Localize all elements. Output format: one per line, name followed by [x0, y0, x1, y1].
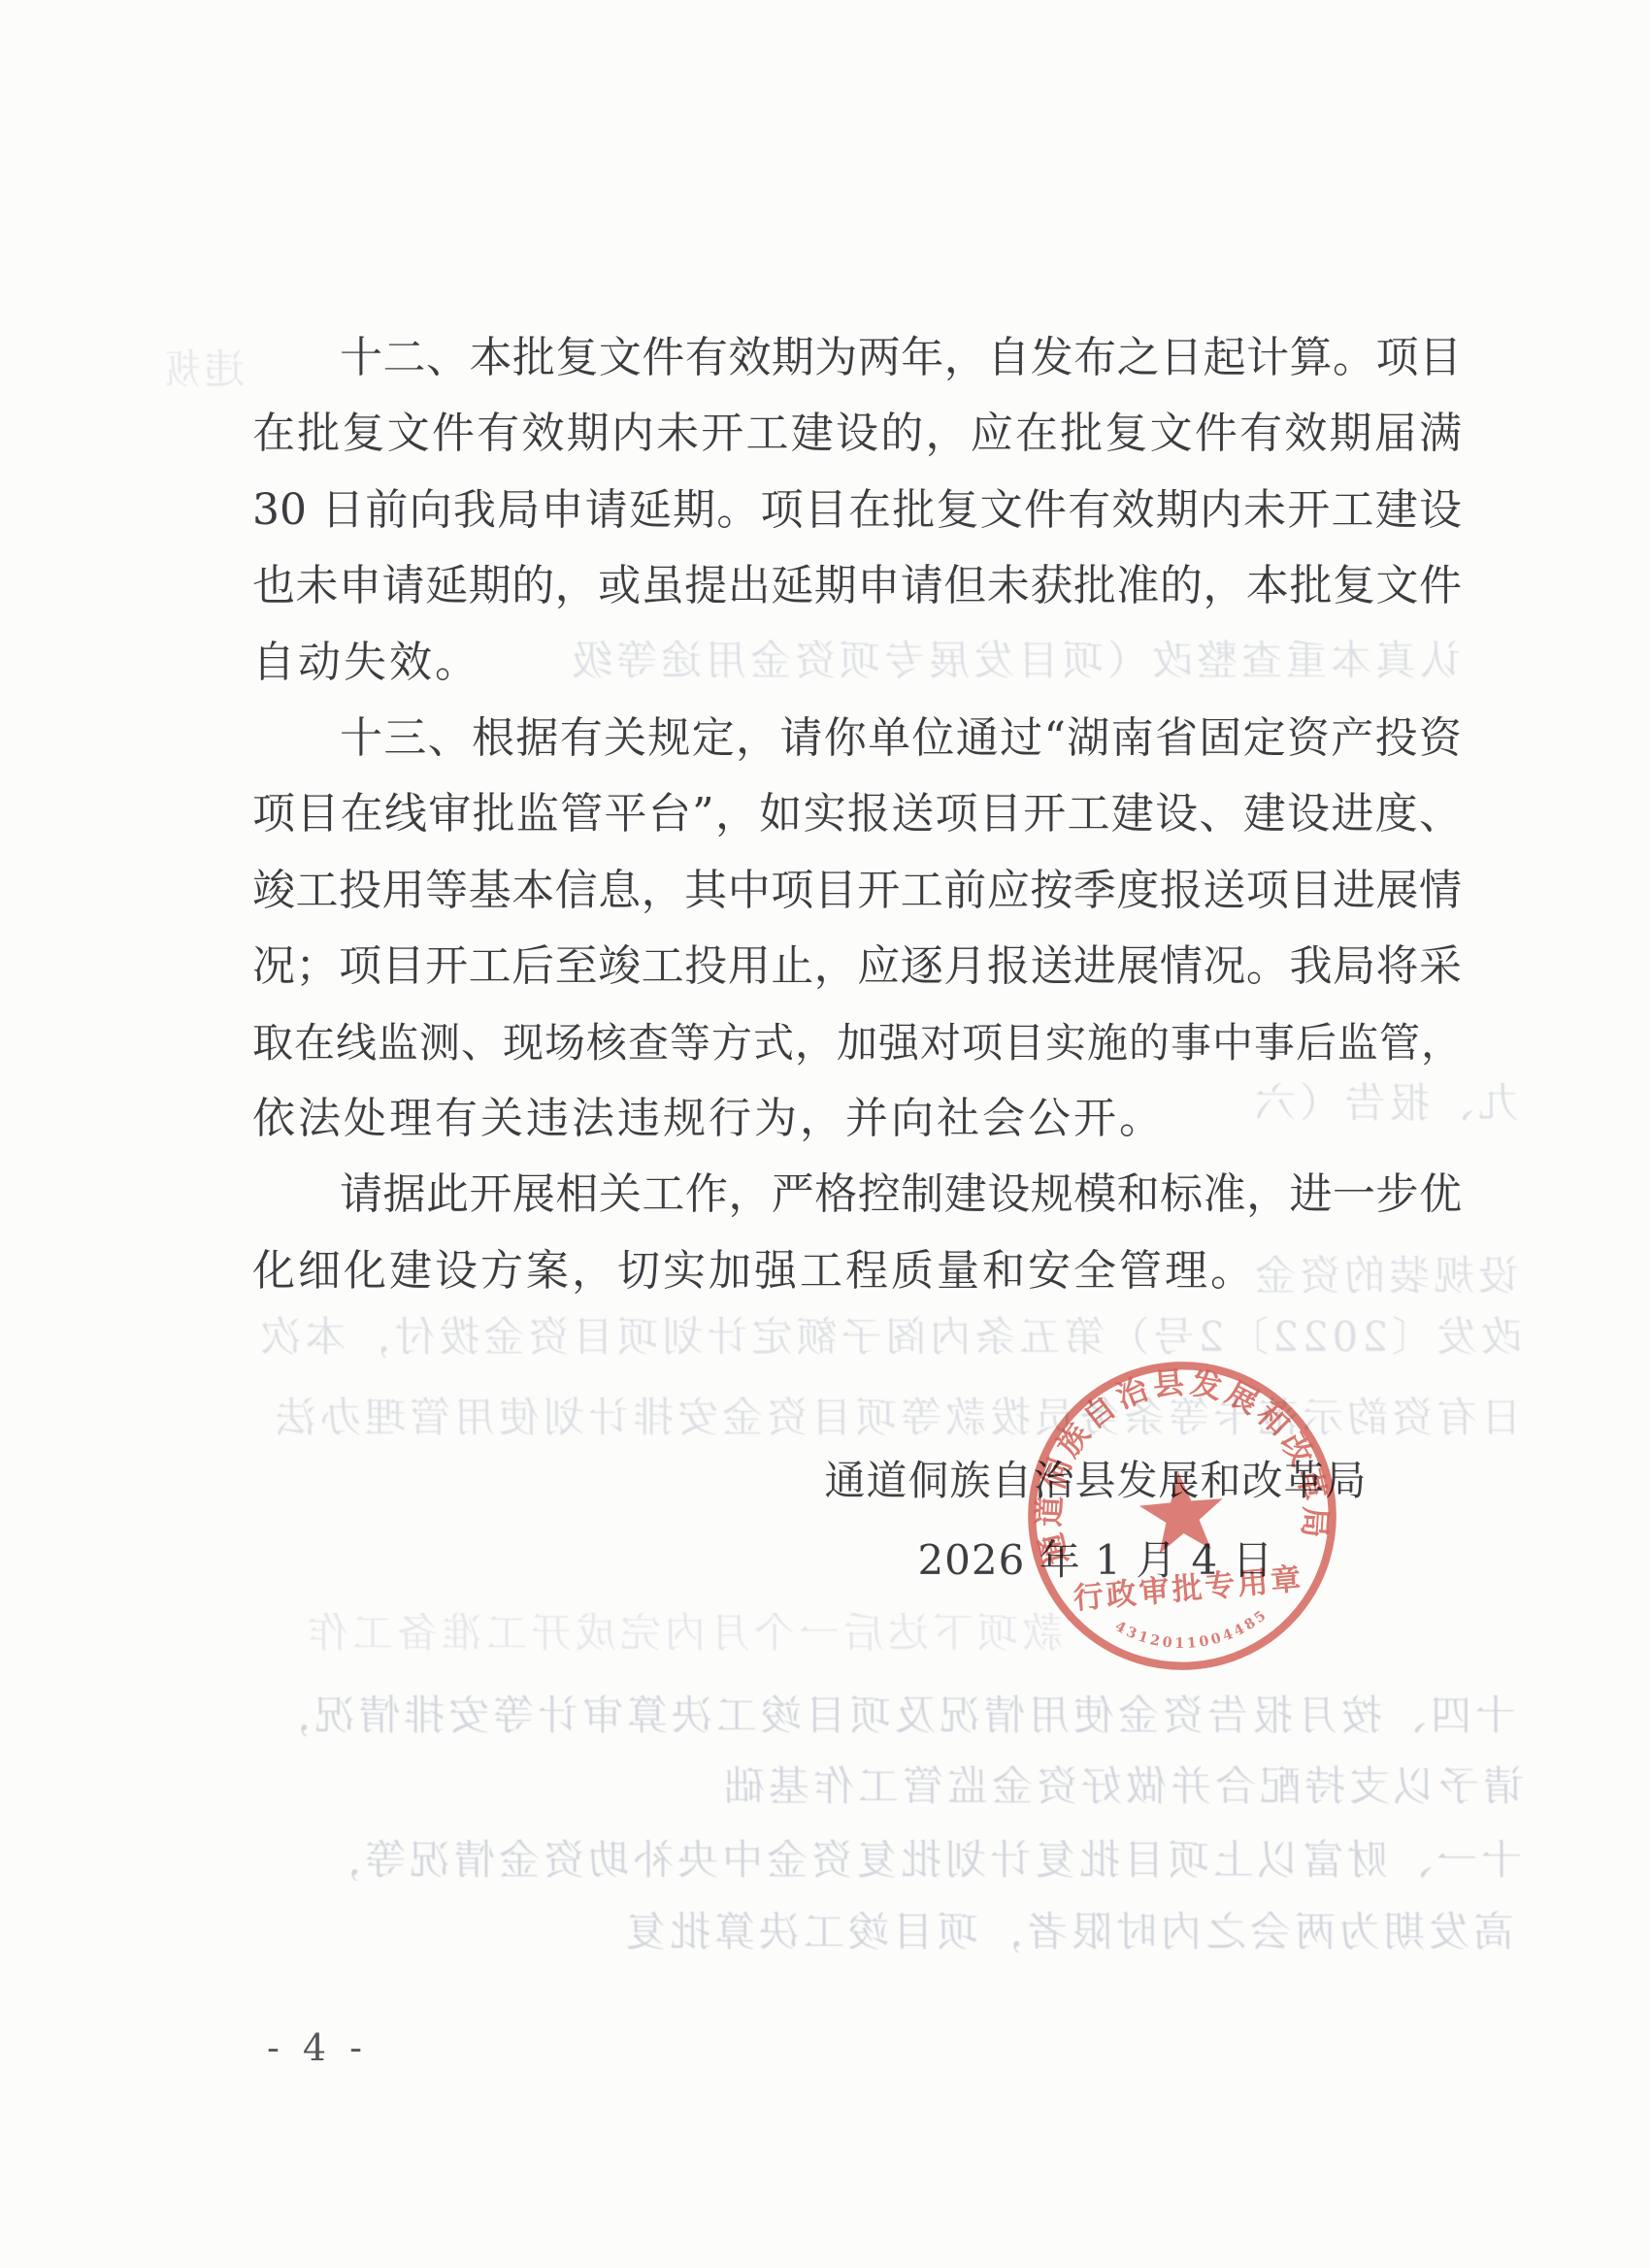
body-line: 30 日前向我局申请延期。项目在批复文件有效期内未开工建设 [252, 482, 1462, 559]
body-line: 取在线监测、现场核查等方式，加强对项目实施的事中事后监管， [252, 1015, 1462, 1092]
bleedthrough-line: 十一、财富以上项目批复计划批复资金中央补助资金情况等， [260, 1828, 1522, 1881]
seal-star-icon [1137, 1468, 1227, 1555]
bleedthrough-line: 请予以支持配合并做好资金监管工作基础 [582, 1755, 1524, 1807]
body-line: 在批复文件有效期内未开工建设的，应在批复文件有效期届满 [252, 406, 1462, 482]
bleedthrough-line: 违规 [167, 338, 245, 390]
body-line: 也未申请延期的，或虽提出延期申请但未获批准的，本批复文件 [252, 558, 1462, 635]
body-line: 况；项目开工后至竣工投用止，应逐月报送进展情况。我局将采 [252, 938, 1462, 1015]
body-line: 自动失效。 [252, 635, 1462, 711]
body-line: 依法处理有关违法违规行为，并向社会公开。 [252, 1091, 1462, 1167]
body-line: 请据此开展相关工作，严格控制建设规模和标准，进一步优 [252, 1167, 1462, 1243]
body-line: 竣工投用等基本信息，其中项目开工前应按季度报送项目进展情 [252, 863, 1462, 939]
bleedthrough-line: 高发期为两会之内时限者，项目竣工决算批复 [505, 1900, 1514, 1953]
body-line: 项目在线审批监管平台”，如实报送项目开工建设、建设进度、 [252, 786, 1462, 863]
bleedthrough-line: 十四、按月报告资金使用情况及项目竣工决算审计等安排情况， [274, 1684, 1516, 1736]
official-seal-stamp: 通道侗族自治县发展和改革局 行政审批专用章 4312011004485 [1008, 1342, 1356, 1690]
seal-bottom-text: 行政审批专用章 [1072, 1561, 1304, 1617]
page-number: - 4 - [245, 2026, 390, 2069]
body-line: 十二、本批复文件有效期为两年，自发布之日起计算。项目 [252, 330, 1462, 407]
bleedthrough-line: 款项下达后一个月内完成开工准备工作 [277, 1601, 1063, 1654]
body-line: 化细化建设方案，切实加强工程质量和安全管理。 [252, 1243, 1462, 1320]
document-page: 违规 认真本重查整改（项目发展专项资金用途等级 九、报告（六 设规装的资金 改发… [0, 0, 1650, 2268]
body-line: 十三、根据有关规定，请你单位通过“湖南省固定资产投资 [252, 710, 1462, 787]
